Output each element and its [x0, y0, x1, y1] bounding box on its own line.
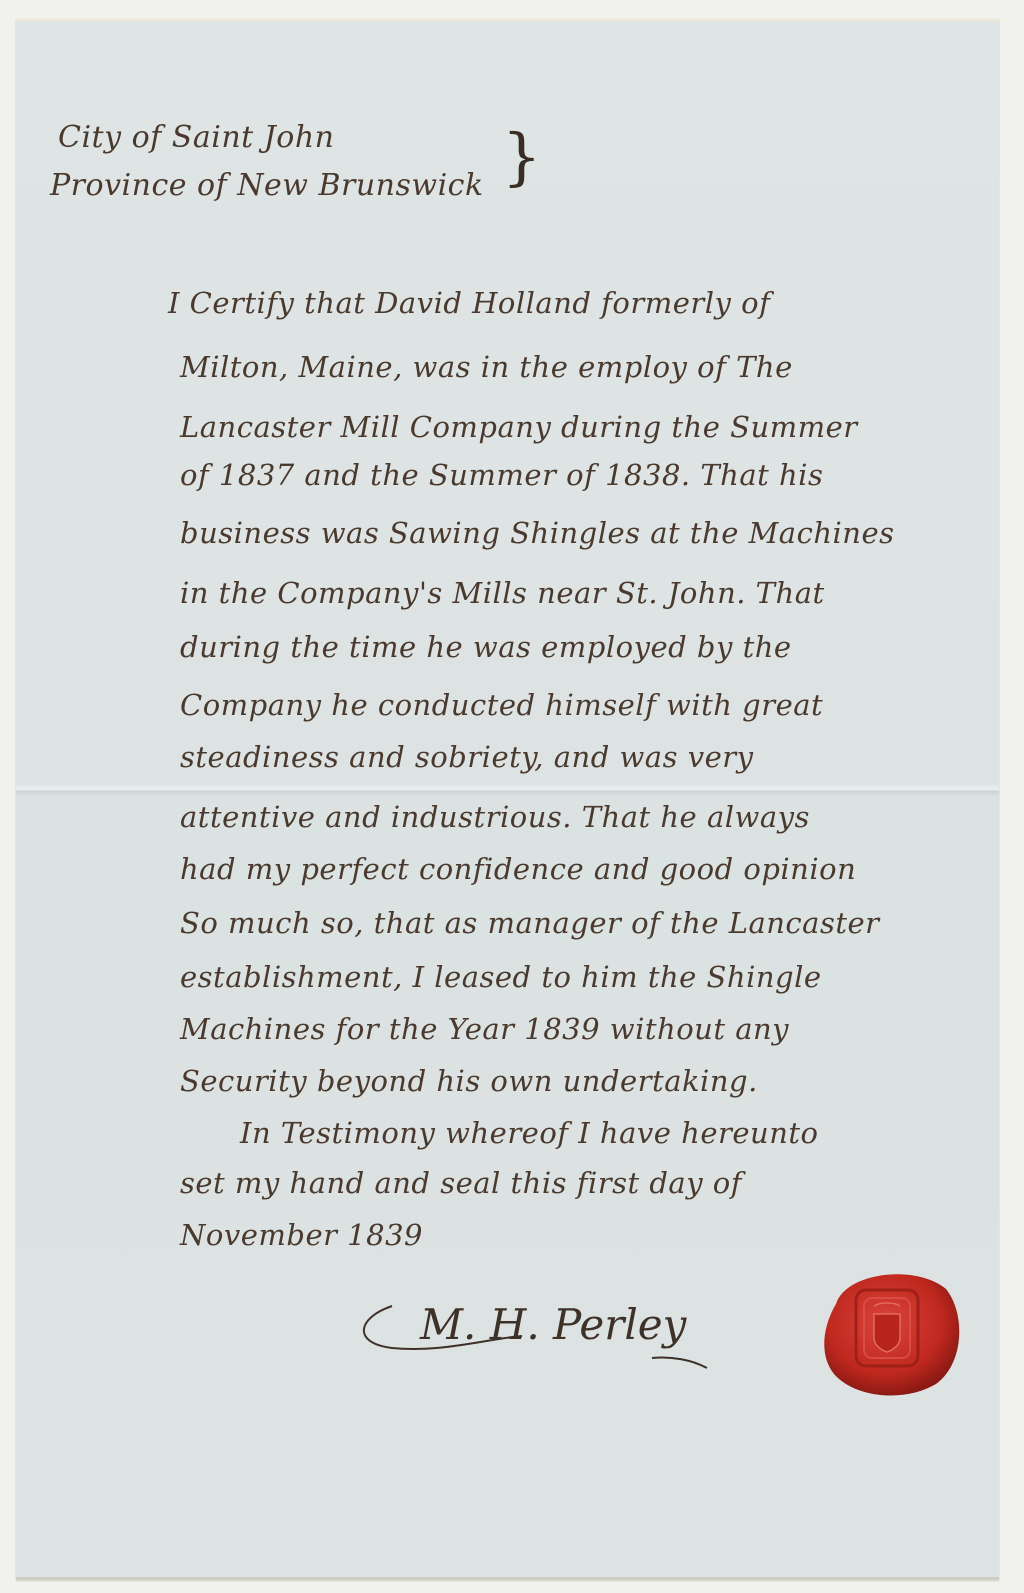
body-line: I Certify that David Holland formerly of: [168, 286, 770, 320]
body-line: business was Sawing Shingles at the Mach…: [180, 516, 895, 550]
body-line: attentive and industrious. That he alway…: [180, 800, 810, 834]
heading-bracket: }: [502, 120, 541, 193]
body-line: Company he conducted himself with great: [180, 688, 823, 722]
signature: M. H. Perley: [420, 1300, 686, 1349]
body-line: in the Company's Mills near St. John. Th…: [180, 576, 825, 610]
body-line: In Testimony whereof I have hereunto: [240, 1116, 819, 1150]
body-line: had my perfect confidence and good opini…: [180, 852, 856, 886]
body-line: of 1837 and the Summer of 1838. That his: [180, 458, 823, 492]
body-line: November 1839: [180, 1218, 423, 1252]
body-line: during the time he was employed by the: [180, 630, 792, 664]
body-line: steadiness and sobriety, and was very: [180, 740, 753, 774]
body-line: Machines for the Year 1839 without any: [180, 1012, 789, 1046]
body-line: Milton, Maine, was in the employ of The: [180, 350, 793, 384]
wax-seal-icon: [816, 1264, 964, 1400]
body-line: establishment, I leased to him the Shing…: [180, 960, 822, 994]
body-line: set my hand and seal this first day of: [180, 1166, 742, 1200]
heading-city: City of Saint John: [58, 120, 334, 155]
body-line: Security beyond his own undertaking.: [180, 1064, 758, 1098]
body-line: So much so, that as manager of the Lanca…: [180, 906, 880, 940]
heading-province: Province of New Brunswick: [50, 168, 484, 203]
paper-fold: [16, 783, 999, 797]
body-line: Lancaster Mill Company during the Summer: [180, 410, 858, 444]
